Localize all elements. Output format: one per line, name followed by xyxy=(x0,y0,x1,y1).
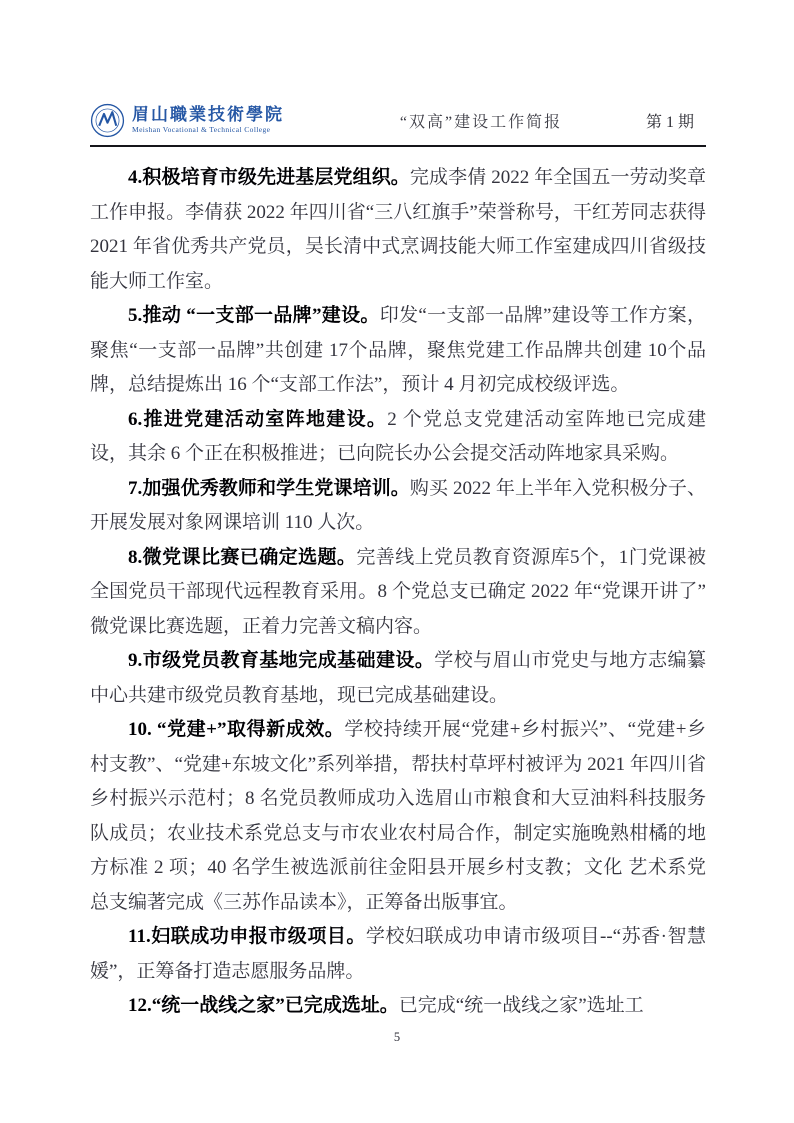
paragraph-item-12: 12.“统一战线之家”已完成选址。已完成“统一战线之家”选址工 xyxy=(90,989,706,1024)
bulletin-title: “双高”建设工作简报 xyxy=(306,109,646,132)
school-name-block: 眉山職業技術學院 Meishan Vocational & Technical … xyxy=(132,106,284,134)
paragraph-item-7: 7.加强优秀教师和学生党课培训。购买 2022 年上半年入党积极分子、开展发展对… xyxy=(90,472,706,541)
school-emblem-icon xyxy=(90,103,125,138)
bulletin-body: 4.积极培育市级先进基层党组织。完成李倩 2022 年全国五一劳动奖章工作申报。… xyxy=(90,161,706,1024)
paragraph-lead: 7.加强优秀教师和学生党课培训。 xyxy=(128,478,410,499)
paragraph-lead: 8.微党课比赛已确定选题。 xyxy=(128,547,356,568)
paragraph-item-5: 5.推动 “一支部一品牌”建设。印发“一支部一品牌”建设等工作方案，聚焦“一支部… xyxy=(90,299,706,403)
page-header: 眉山職業技術學院 Meishan Vocational & Technical … xyxy=(90,100,706,147)
paragraph-lead: 5.推动 “一支部一品牌”建设。 xyxy=(128,305,380,326)
school-name-zh: 眉山職業技術學院 xyxy=(132,106,284,124)
paragraph-lead: 11.妇联成功申报市级项目。 xyxy=(128,926,366,947)
paragraph-text: 已完成“统一战线之家”选址工 xyxy=(399,995,644,1016)
paragraph-item-9: 9.市级党员教育基地完成基础建设。学校与眉山市党史与地方志编纂中心共建市级党员教… xyxy=(90,644,706,713)
school-logo: 眉山職業技術學院 Meishan Vocational & Technical … xyxy=(90,103,306,138)
page-footer: 5 xyxy=(0,1028,794,1046)
page-number: 5 xyxy=(394,1030,400,1044)
paragraph-item-11: 11.妇联成功申报市级项目。学校妇联成功申请市级项目--“苏香·智慧媛”，正筹备… xyxy=(90,920,706,989)
school-name-en: Meishan Vocational & Technical College xyxy=(132,126,284,134)
paragraph-item-4: 4.积极培育市级先进基层党组织。完成李倩 2022 年全国五一劳动奖章工作申报。… xyxy=(90,161,706,299)
paragraph-text: 学校持续开展“党建+乡村振兴”、“党建+乡村支教”、“党建+东坡文化”系列举措，… xyxy=(90,719,706,913)
paragraph-item-8: 8.微党课比赛已确定选题。完善线上党员教育资源库5个，1门党课被全国党员干部现代… xyxy=(90,541,706,645)
paragraph-lead: 10. “党建+”取得新成效。 xyxy=(128,719,344,740)
paragraph-item-10: 10. “党建+”取得新成效。学校持续开展“党建+乡村振兴”、“党建+乡村支教”… xyxy=(90,713,706,920)
issue-number: 第 1 期 xyxy=(646,109,706,132)
paragraph-lead: 6.推进党建活动室阵地建设。 xyxy=(128,409,387,430)
paragraph-lead: 4.积极培育市级先进基层党组织。 xyxy=(128,167,410,188)
paragraph-lead: 9.市级党员教育基地完成基础建设。 xyxy=(128,650,434,671)
document-page: 眉山職業技術學院 Meishan Vocational & Technical … xyxy=(0,0,794,1123)
paragraph-item-6: 6.推进党建活动室阵地建设。2 个党总支党建活动室阵地已完成建设，其余 6 个正… xyxy=(90,403,706,472)
paragraph-lead: 12.“统一战线之家”已完成选址。 xyxy=(128,995,399,1016)
